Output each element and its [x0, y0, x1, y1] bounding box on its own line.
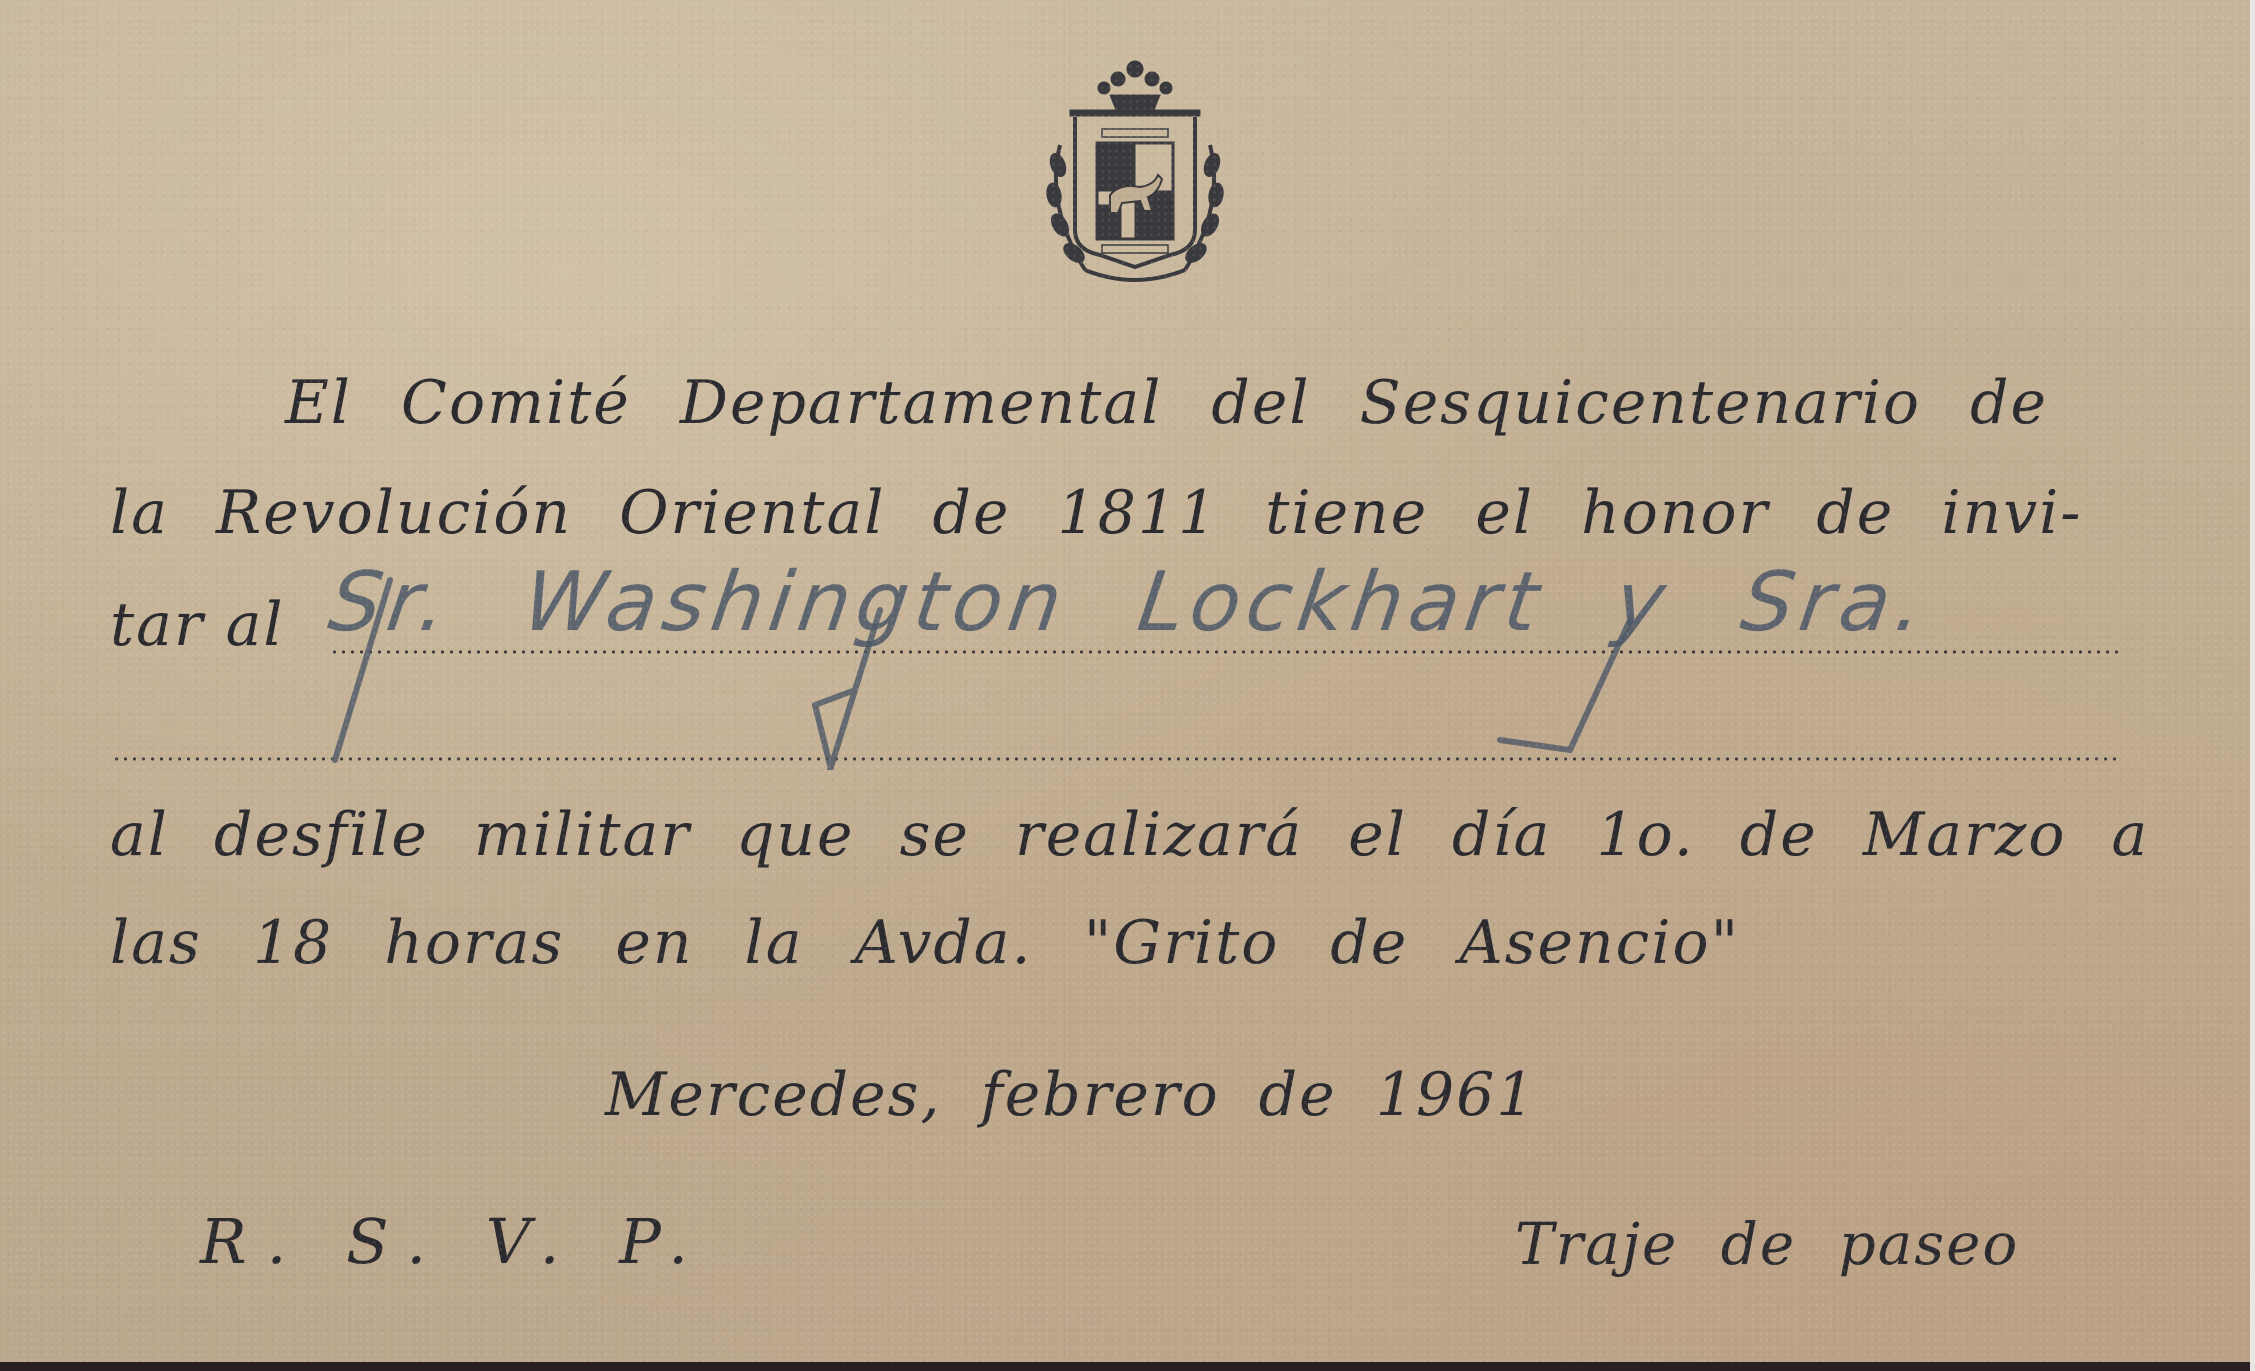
handwriting-flourish-icon	[310, 540, 2010, 770]
invitation-line-2: la Revolución Oriental de 1811 tiene el …	[110, 478, 2083, 548]
background-edge-right	[2250, 0, 2255, 1371]
dress-code: Traje de paseo	[1515, 1210, 2019, 1278]
invitation-line-5: las 18 horas en la Avda. "Grito de Asenc…	[110, 908, 1740, 978]
invitation-line-4: al desfile militar que se realizará el d…	[110, 800, 2149, 870]
invitation-card: El Comité Departamental del Sesquicenten…	[0, 0, 2250, 1362]
invitation-line-1: El Comité Departamental del Sesquicenten…	[285, 368, 2048, 438]
coat-of-arms-icon	[1030, 55, 1240, 290]
place-and-date: Mercedes, febrero de 1961	[605, 1060, 1536, 1130]
background-edge-bottom	[0, 1362, 2255, 1371]
rsvp-note: R. S. V. P.	[200, 1205, 708, 1278]
invitation-line-3-prefix: tar al	[110, 590, 285, 660]
